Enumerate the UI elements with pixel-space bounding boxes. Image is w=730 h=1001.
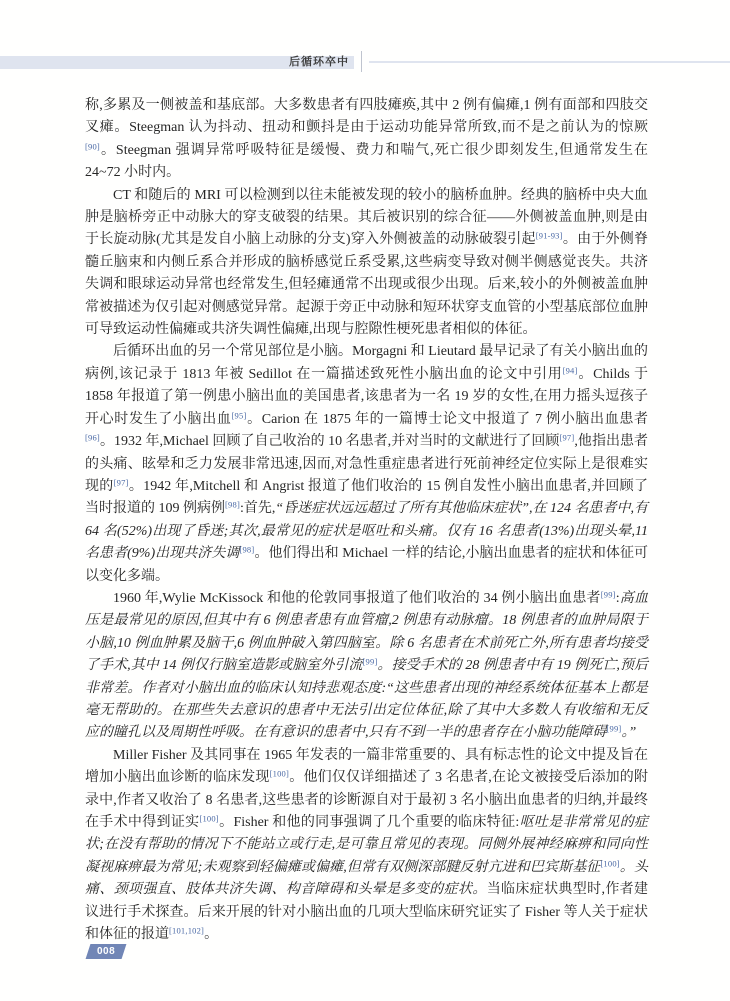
text-run: :首先,	[240, 501, 275, 516]
page-number: 008	[97, 946, 115, 957]
text-run: 。Carion 在 1875 年的一篇博士论文中报道了 7 例小脑出血患者	[246, 412, 648, 427]
text-run: 。由于外侧脊髓丘脑束和内侧丘系合并形成的脑桥感觉丘系受累,这些病变导致对侧半侧感…	[85, 232, 648, 337]
text-run: 1960 年,Wylie McKissock 和他的伦敦同事报道了他们收治的 3…	[113, 591, 601, 606]
text-run: 。	[204, 927, 218, 942]
reference-marker: [91-93]	[536, 231, 563, 241]
paragraph: CT 和随后的 MRI 可以检测到以往未能被发现的较小的脑桥血肿。经典的脑桥中央…	[85, 185, 648, 342]
text-run: 。Steegman 强调异常呼吸特征是缓慢、费力和喘气,死亡很少即刻发生,但通常…	[85, 143, 648, 180]
reference-marker: [95]	[232, 410, 247, 420]
reference-marker: [99]	[607, 724, 622, 734]
reference-marker: [97]	[114, 477, 129, 487]
text-run: 后循环出血的另一个常见部位是小脑。Morgagni 和 Lieutard 最早记…	[85, 344, 648, 381]
reference-marker: [101,102]	[169, 926, 204, 936]
header-rule	[369, 61, 730, 63]
reference-marker: [97]	[559, 433, 574, 443]
paragraph: 后循环出血的另一个常见部位是小脑。Morgagni 和 Lieutard 最早记…	[85, 341, 648, 587]
page-number-badge: 008	[86, 944, 127, 959]
reference-marker: [100]	[270, 769, 289, 779]
text-run: 。”	[621, 725, 636, 740]
body-paragraphs: 称,多累及一侧被盖和基底部。大多数患者有四肢瘫痪,其中 2 例有偏瘫,1 例有面…	[85, 95, 648, 946]
book-page: 后循环卒中 称,多累及一侧被盖和基底部。大多数患者有四肢瘫痪,其中 2 例有偏瘫…	[0, 0, 730, 1001]
paragraph: Miller Fisher 及其同事在 1965 年发表的一篇非常重要的、具有标…	[85, 745, 648, 947]
running-header-band: 后循环卒中	[0, 56, 354, 69]
reference-marker: [98]	[225, 500, 240, 510]
header-divider	[361, 51, 362, 72]
text-run: 称,多累及一侧被盖和基底部。大多数患者有四肢瘫痪,其中 2 例有偏瘫,1 例有面…	[85, 98, 648, 135]
text-run: 。1932 年,Michael 回顾了自己收治的 10 名患者,并对当时的文献进…	[100, 434, 559, 449]
reference-marker: [90]	[85, 141, 100, 151]
text-run: 。Fisher 和他的同事强调了几个重要的临床特征:	[219, 815, 519, 830]
reference-marker: [100]	[600, 858, 619, 868]
reference-marker: [99]	[363, 657, 378, 667]
reference-marker: [96]	[85, 433, 100, 443]
page-title: 后循环卒中	[289, 56, 349, 69]
reference-marker: [94]	[563, 365, 578, 375]
paragraph: 称,多累及一侧被盖和基底部。大多数患者有四肢瘫痪,其中 2 例有偏瘫,1 例有面…	[85, 95, 648, 185]
reference-marker: [98]	[239, 545, 254, 555]
reference-marker: [99]	[601, 589, 616, 599]
paragraph: 1960 年,Wylie McKissock 和他的伦敦同事报道了他们收治的 3…	[85, 588, 648, 745]
reference-marker: [100]	[199, 814, 218, 824]
